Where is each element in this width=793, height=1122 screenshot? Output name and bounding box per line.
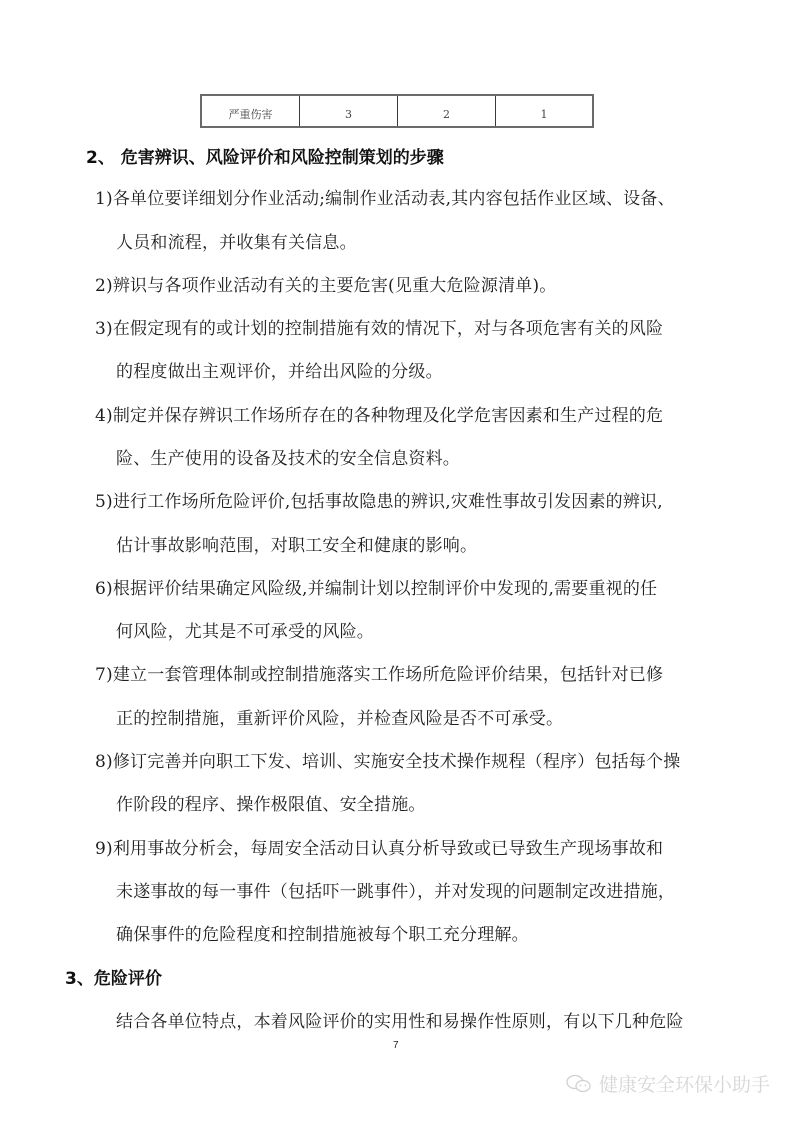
paragraph-line: 5)进行工作场所危险评价,包括事故隐患的辨识,灾难性事故引发因素的辨识, [95, 487, 663, 512]
paragraph-line: 9)利用事故分析会，每周安全活动日认真分析导致或已导致生产现场事故和 [95, 834, 663, 859]
paragraph-line: 确保事件的危险程度和控制措施被每个职工充分理解。 [116, 920, 529, 945]
paragraph-line: 1)各单位要详细划分作业活动;编制作业活动表,其内容包括作业区域、设备、 [95, 184, 675, 209]
paragraph-line: 结合各单位特点，本着风险评价的实用性和易操作性原则，有以下几种危险 [116, 1007, 684, 1032]
paragraph-line: 的程度做出主观评价，并给出风险的分级。 [116, 357, 443, 382]
paragraph-line: 人员和流程，并收集有关信息。 [116, 228, 357, 253]
paragraph-line: 4)制定并保存辨识工作场所存在的各种物理及化学危害因素和生产过程的危 [95, 401, 663, 426]
paragraph-line: 8)修订完善并向职工下发、培训、实施安全技术操作规程（程序）包括每个操 [95, 747, 680, 772]
table-cell-label: 严重伤害 [202, 96, 300, 126]
paragraph-line: 估计事故影响范围，对职工安全和健康的影响。 [116, 531, 477, 556]
paragraph-line: 7)建立一套管理体制或控制措施落实工作场所危险评价结果，包括针对已修 [95, 660, 663, 685]
paragraph-line: 正的控制措施，重新评价风险，并检查风险是否不可承受。 [116, 704, 563, 729]
section-3-heading: 3、危险评价 [65, 964, 162, 989]
wechat-icon [565, 1073, 593, 1095]
section-2-heading: 2、 危害辨识、风险评价和风险控制策划的步骤 [86, 143, 444, 168]
paragraph-line: 3)在假定现有的或计划的控制措施有效的情况下，对与各项危害有关的风险 [95, 314, 663, 339]
table-cell: 1 [496, 96, 592, 126]
paragraph-line: 作阶段的程序、操作极限值、安全措施。 [116, 790, 426, 815]
paragraph-line: 未遂事故的每一事件（包括吓一跳事件），并对发现的问题制定改进措施， [116, 877, 675, 902]
table-cell: 2 [398, 96, 496, 126]
watermark-text: 健康安全环保小助手 [599, 1070, 770, 1097]
page-number: 7 [393, 1040, 399, 1051]
paragraph-line: 6)根据评价结果确定风险级,并编制计划以控制评价中发现的,需要重视的任 [95, 574, 657, 599]
table-cell: 3 [300, 96, 398, 126]
watermark: 健康安全环保小助手 [565, 1070, 770, 1097]
severity-table-row: 严重伤害 3 2 1 [200, 94, 594, 128]
paragraph-line: 何风险，尤其是不可承受的风险。 [116, 617, 374, 642]
paragraph-line: 2)辨识与各项作业活动有关的主要危害(见重大危险源清单)。 [95, 271, 557, 296]
paragraph-line: 险、生产使用的设备及技术的安全信息资料。 [116, 444, 460, 469]
